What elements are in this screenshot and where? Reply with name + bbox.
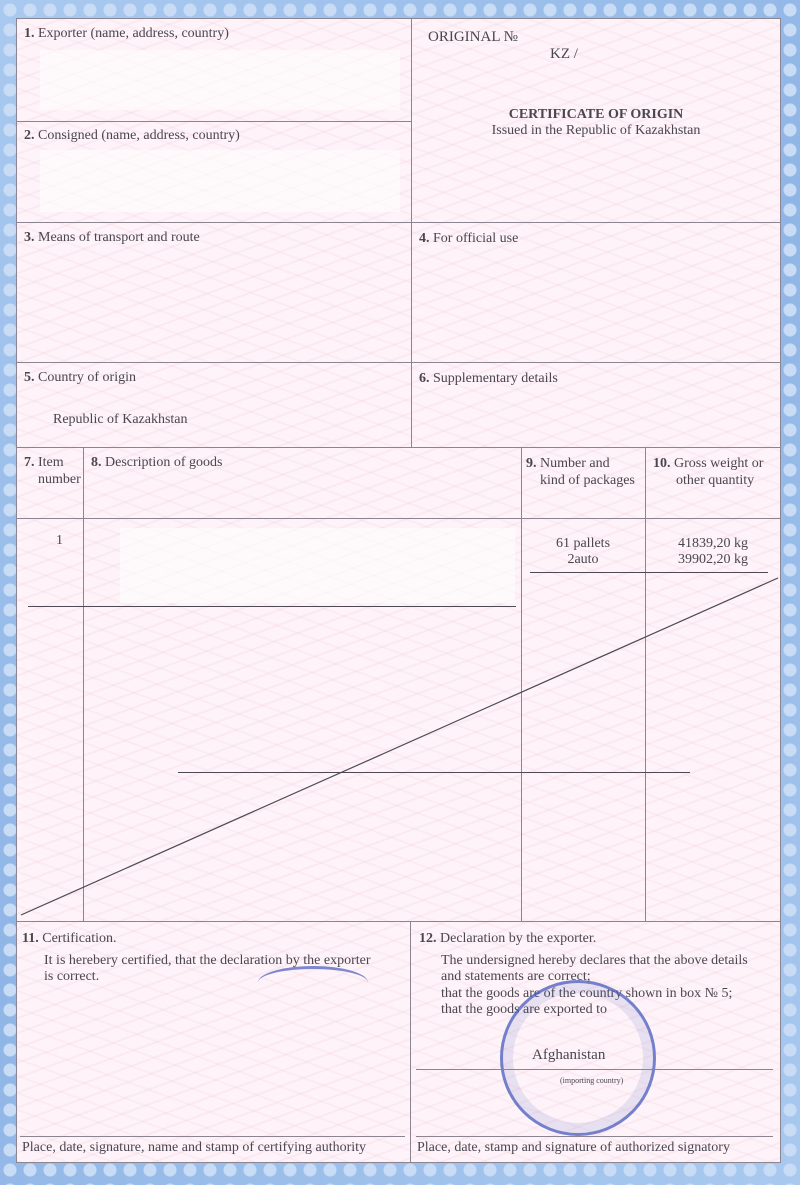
stamp-partial — [258, 966, 368, 999]
box-12-label: 12. Declaration by the exporter. — [419, 930, 596, 947]
authorized-signatory-caption: Place, date, stamp and signature of auth… — [417, 1139, 730, 1156]
box-11-label: 11. Certification. — [22, 930, 117, 947]
signature-line — [20, 1136, 405, 1137]
importing-country-value: Afghanistan — [532, 1047, 605, 1064]
declaration-text-line1: The undersigned hereby declares that the… — [441, 952, 748, 969]
importing-country-line — [416, 1069, 773, 1070]
certification-text-line2: is correct. — [44, 968, 99, 985]
cancel-diagonal-line — [0, 0, 800, 1185]
signatory-line — [416, 1136, 773, 1137]
importing-country-caption: (importing country) — [560, 1072, 623, 1089]
certifying-authority-caption: Place, date, signature, name and stamp o… — [22, 1139, 366, 1156]
